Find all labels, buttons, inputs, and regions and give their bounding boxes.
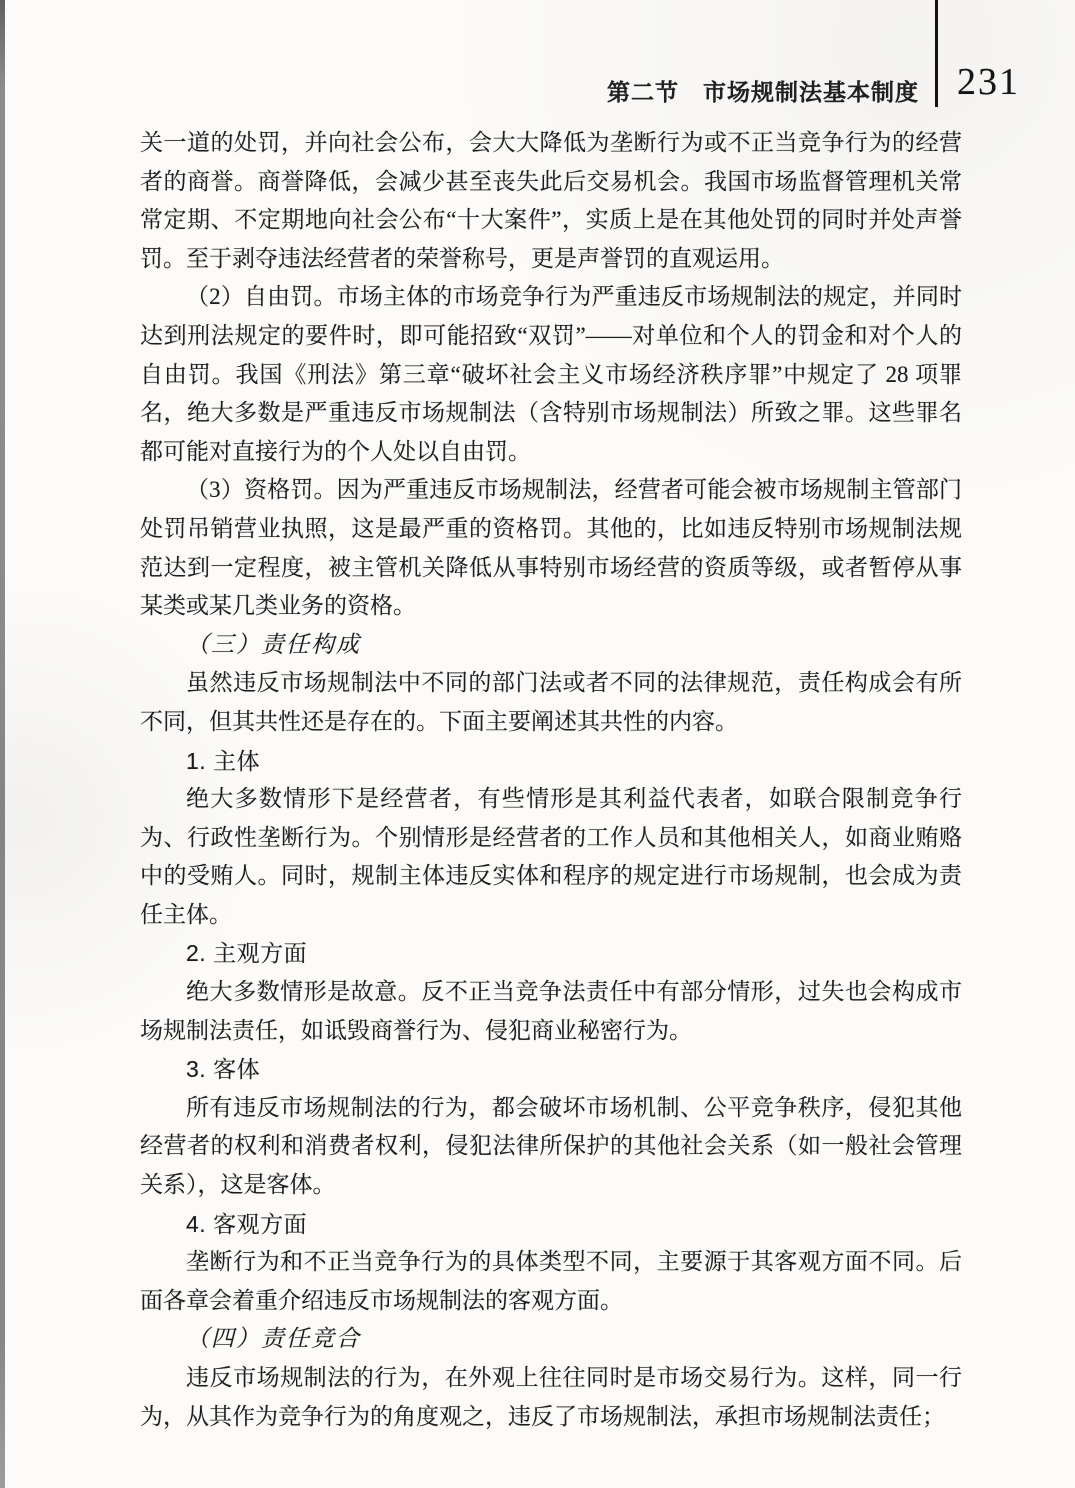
- para-reputation-penalty: 关一道的处罚，并向社会公布，会大大降低为垄断行为或不正当竞争行为的经营者的商誉。…: [140, 124, 962, 278]
- para-objective-aspect: 垄断行为和不正当竞争行为的具体类型不同，主要源于其客观方面不同。后面各章会着重介…: [140, 1243, 962, 1320]
- scan-edge-strip: [0, 0, 5, 1488]
- para-subjective-aspect: 绝大多数情形是故意。反不正当竞争法责任中有部分情形，过失也会构成市场规制法责任，…: [140, 973, 962, 1050]
- heading-liability-concurrence: （四）责任竞合: [140, 1320, 962, 1359]
- running-head-title: 第二节 市场规制法基本制度: [607, 74, 919, 107]
- heading-liability-constitution: （三）责任构成: [140, 626, 962, 665]
- running-head-divider: [935, 0, 938, 107]
- para-qualification-penalty: （3）资格罚。因为严重违反市场规制法，经营者可能会被市场规制主管部门处罚吊销营业…: [140, 471, 962, 625]
- para-liability-common: 虽然违反市场规制法中不同的部门法或者不同的法律规范，责任构成会有所不同，但其共性…: [140, 664, 962, 741]
- subheading-subjective-aspect: 2. 主观方面: [140, 934, 962, 973]
- page-number: 231: [957, 60, 1020, 104]
- para-liability-concurrence: 违反市场规制法的行为，在外观上往往同时是市场交易行为。这样，同一行为，从其作为竞…: [140, 1359, 962, 1436]
- subheading-object: 3. 客体: [140, 1050, 962, 1089]
- running-head: 第二节 市场规制法基本制度 231: [0, 0, 1075, 108]
- subheading-objective-aspect: 4. 客观方面: [140, 1205, 962, 1244]
- body-text: 关一道的处罚，并向社会公布，会大大降低为垄断行为或不正当竞争行为的经营者的商誉。…: [140, 124, 962, 1436]
- subheading-subject: 1. 主体: [140, 742, 962, 781]
- para-object: 所有违反市场规制法的行为，都会破坏市场机制、公平竞争秩序，侵犯其他经营者的权利和…: [140, 1089, 962, 1205]
- para-subject: 绝大多数情形下是经营者，有些情形是其利益代表者，如联合限制竞争行为、行政性垄断行…: [140, 780, 962, 934]
- para-freedom-penalty: （2）自由罚。市场主体的市场竞争行为严重违反市场规制法的规定，并同时达到刑法规定…: [140, 278, 962, 471]
- book-page: 第二节 市场规制法基本制度 231 关一道的处罚，并向社会公布，会大大降低为垄断…: [0, 0, 1075, 1488]
